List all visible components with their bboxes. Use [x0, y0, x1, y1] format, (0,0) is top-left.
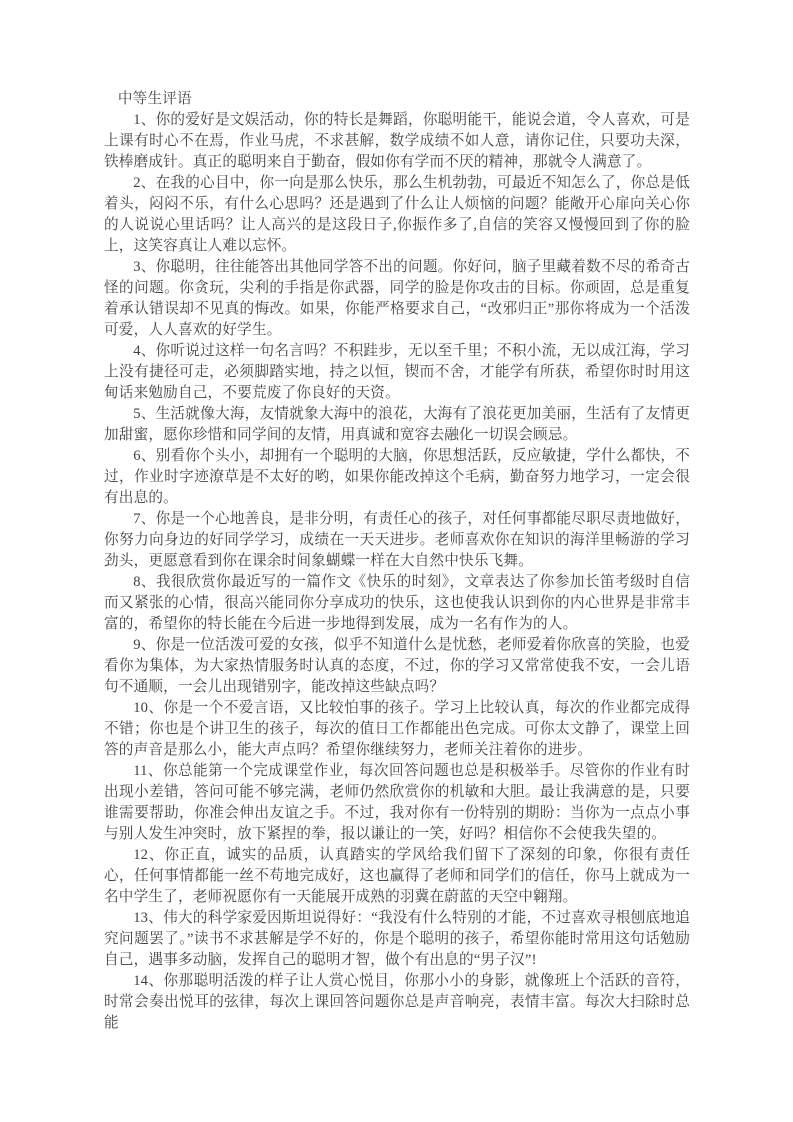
document-title: 中等生评语 [104, 89, 690, 110]
comment-paragraph-13: 13、伟大的科学家爱因斯坦说得好：“我没有什么特别的才能，不过喜欢寻根刨底地追究… [104, 908, 690, 971]
document-body: 中等生评语 1、你的爱好是文娱活动，你的特长是舞蹈，你聪明能干，能说会道，令人喜… [104, 89, 690, 1034]
comment-paragraph-10: 10、你是一个不爱言语，又比较怕事的孩子。学习上比较认真，每次的作业都完成得不错… [104, 698, 690, 761]
comment-paragraph-4: 4、你听说过这样一句名言吗？不积跬步，无以至千里；不积小流，无以成江海，学习上没… [104, 341, 690, 404]
comment-paragraph-6: 6、别看你个头小，却拥有一个聪明的大脑，你思想活跃，反应敏捷，学什么都快，不过，… [104, 446, 690, 509]
comment-paragraph-5: 5、生活就像大海，友情就象大海中的浪花，大海有了浪花更加美丽，生活有了友情更加甜… [104, 404, 690, 446]
comment-paragraph-9: 9、你是一位活泼可爱的女孩，似乎不知道什么是忧愁，老师爱着你欣喜的笑脸，也爱看你… [104, 635, 690, 698]
comment-paragraph-11: 11、你总能第一个完成课堂作业，每次回答问题也总是积极举手。尽管你的作业有时出现… [104, 761, 690, 845]
comment-paragraph-3: 3、你聪明，往往能答出其他同学答不出的问题。你好问，脑子里藏着数不尽的希奇古怪的… [104, 257, 690, 341]
comment-paragraph-12: 12、你正直，诚实的品质，认真踏实的学风给我们留下了深刻的印象，你很有责任心，任… [104, 845, 690, 908]
comment-paragraph-8: 8、我很欣赏你最近写的一篇作文《快乐的时刻》，文章表达了你参加长笛考级时自信而又… [104, 572, 690, 635]
comment-paragraph-2: 2、在我的心目中，你一向是那么快乐，那么生机勃勃，可最近不知怎么了，你总是低着头… [104, 173, 690, 257]
comment-paragraph-1: 1、你的爱好是文娱活动，你的特长是舞蹈，你聪明能干，能说会道，令人喜欢，可是上课… [104, 110, 690, 173]
comment-paragraph-7: 7、你是一个心地善良，是非分明，有责任心的孩子，对任何事都能尽职尽责地做好，你努… [104, 509, 690, 572]
document-page: 中等生评语 1、你的爱好是文娱活动，你的特长是舞蹈，你聪明能干，能说会道，令人喜… [0, 0, 793, 1122]
comment-paragraph-14: 14、你那聪明活泼的样子让人赏心悦目，你那小小的身影，就像班上个活跃的音符，时常… [104, 971, 690, 1034]
